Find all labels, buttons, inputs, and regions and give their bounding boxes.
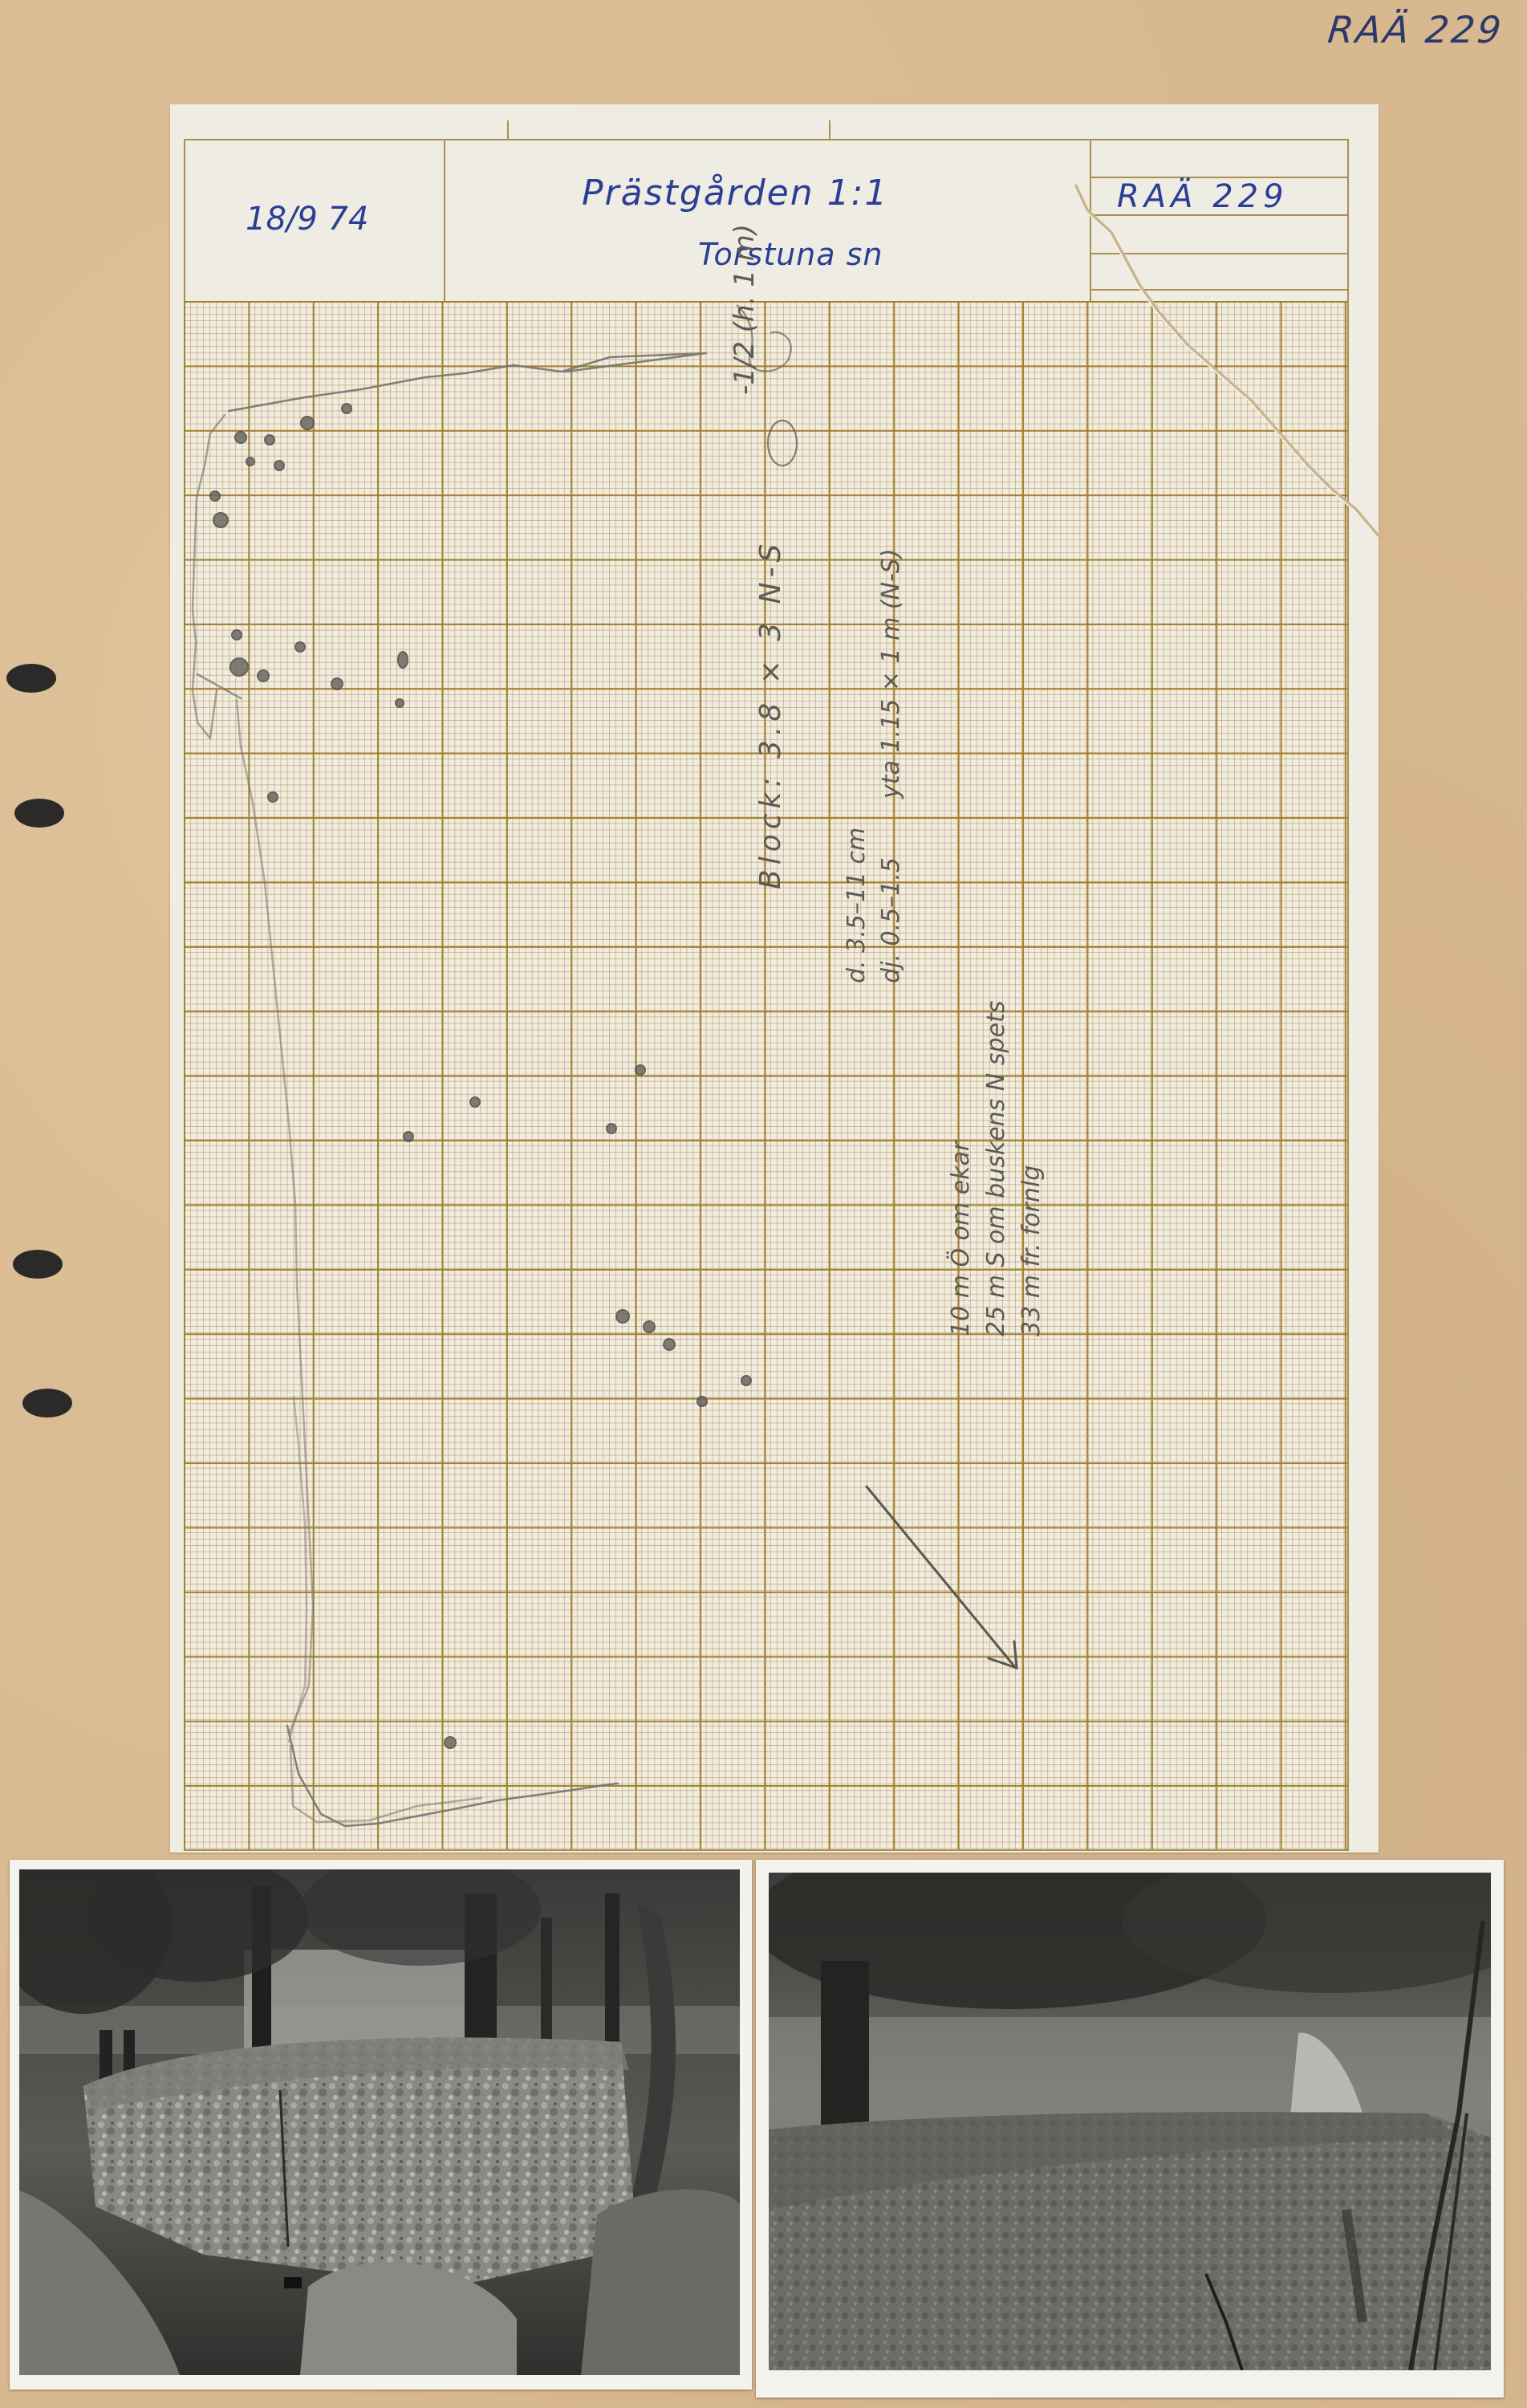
photo-boulder-top — [756, 1860, 1504, 2398]
photo-boulder-front — [10, 1860, 752, 2390]
note-block-dimensions: Block: 3.8 × 3 N-S — [754, 539, 787, 889]
note-scale: -1/2 (h. 1 m) — [729, 224, 761, 395]
note-location-3: 33 m fr. fornlg — [1017, 1165, 1046, 1336]
photo-image — [769, 1873, 1491, 2370]
note-cup-diameter: d. 3.5–11 cm — [843, 828, 871, 983]
note-location-2: 25 m S om buskens N spets — [982, 1001, 1010, 1336]
photo-scene — [769, 1873, 1491, 2370]
note-surface: yta 1.15 × 1 m (N-S) — [877, 548, 905, 799]
photo-scene — [19, 1869, 740, 2375]
photo-image — [19, 1869, 740, 2375]
note-location-1: 10 m Ö om ekar — [947, 1141, 975, 1336]
note-cup-depth: dj. 0.5–1.5 — [877, 857, 905, 983]
